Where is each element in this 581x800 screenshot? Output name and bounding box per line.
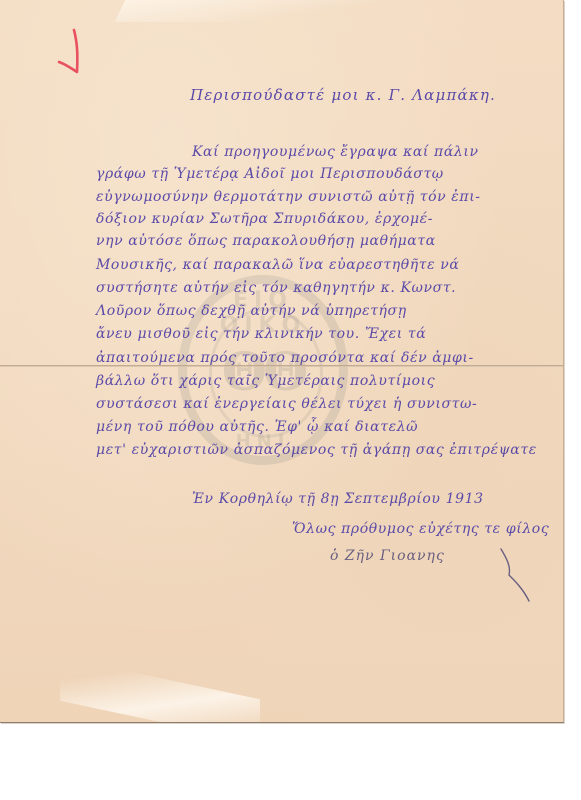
- body-line: βάλλω ὅτι χάρις ταῖς Ὑμετέραις πολυτίμοι…: [96, 373, 435, 389]
- body-line: ἀπαιτούμενα πρός τοῦτο προσόντα καί δέν …: [96, 350, 474, 366]
- body-line: Καί προηγουμένως ἔγραψα καί πάλιν: [192, 144, 479, 160]
- body-line: Μουσικῆς, καί παρακαλῶ ἵνα εὐαρεστηθῆτε …: [96, 257, 459, 273]
- body-line: συστήσητε αὐτήν εἰς τόν καθηγητήν κ. Κων…: [96, 280, 456, 296]
- body-line: γράφω τῇ Ὑμετέρᾳ Αἰδοῖ μοι Περισπουδάστῳ: [96, 166, 444, 182]
- salutation: Περισπούδαστέ μοι κ. Γ. Λαμπάκη.: [190, 86, 496, 104]
- body-line: δόξιον κυρίαν Σωτῆρα Σπυριδάκου, ἐρχομέ-: [96, 211, 433, 227]
- body-line: εὐγνωμοσύνην θερμοτάτην συνιστῶ αὐτῇ τόν…: [96, 189, 481, 205]
- closing-line: Ὅλως πρόθυμος εὐχέτης τε φίλος: [292, 521, 549, 537]
- signature-flourish-icon: [495, 545, 535, 605]
- body-line: ἄνευ μισθοῦ εἰς τήν κλινικήν του. Ἔχει τ…: [96, 326, 426, 342]
- paper-crease-bottom: [60, 657, 260, 723]
- body-line: συστάσεσι καί ἐνεργείαις θέλει τύχει ἡ σ…: [96, 396, 477, 412]
- body-line: μένη τοῦ πόθου αὐτῆς. Ἐφ' ᾧ καί διατελῶ: [96, 419, 418, 435]
- place-and-date: Ἐν Κορθηλίῳ τῇ 8ῃ Σεπτεμβρίου 1913: [192, 491, 484, 507]
- signature: ὁ Ζῆν Γιοανης: [330, 548, 445, 564]
- body-line: νην αὐτόσε ὅπως παρακολουθήσῃ μαθήματα: [96, 233, 436, 249]
- body-line: Λοῦρον ὅπως δεχθῇ αὐτήν νά ὑπηρετήσῃ: [96, 303, 407, 319]
- paper-crease-top: [115, 0, 385, 22]
- red-checkmark-icon: [56, 28, 86, 78]
- letter-page: ΕΙΟ ΟΙΚΟ ΘΘ ΗΝΙ Περισπούδαστέ μοι κ. Γ. …: [0, 0, 564, 723]
- body-line: μετ' εὐχαριστιῶν ἀσπαζόμενος τῇ ἀγάπῃ σα…: [96, 442, 537, 458]
